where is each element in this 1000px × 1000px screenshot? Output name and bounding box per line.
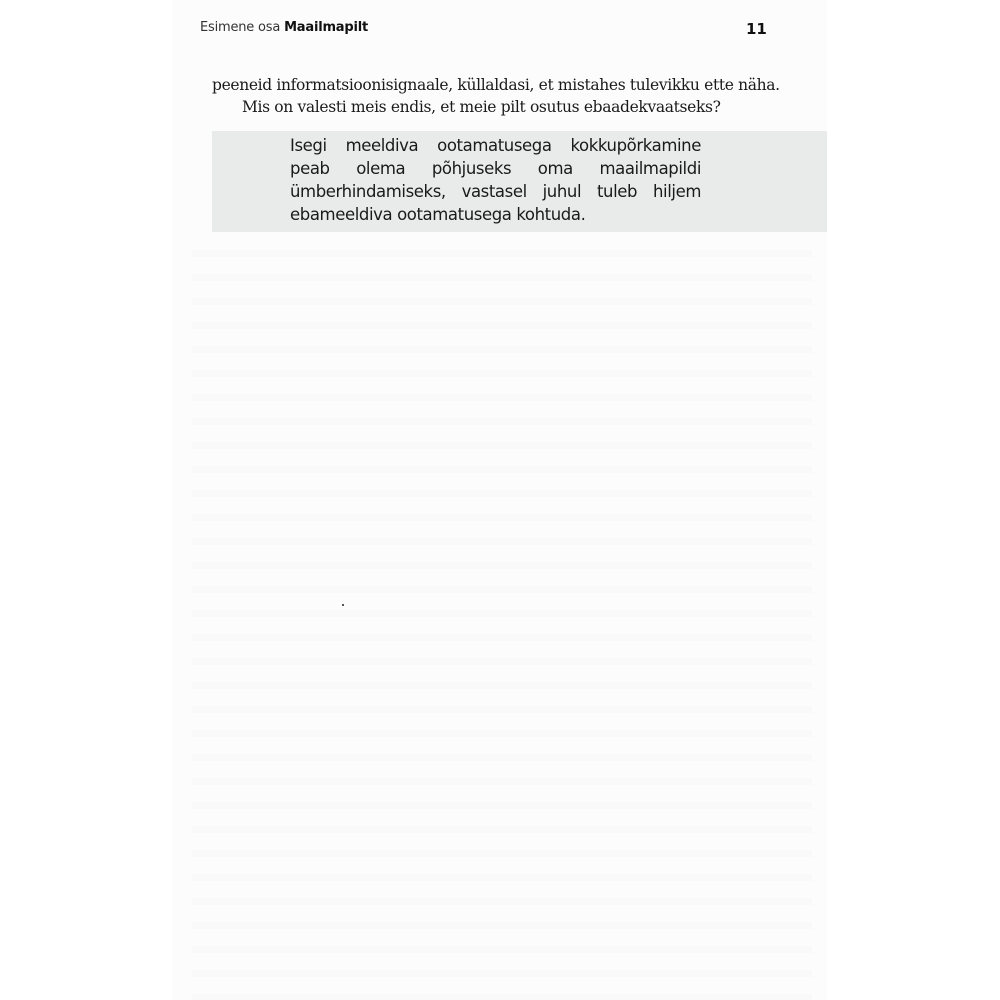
bleed-through-texture	[192, 240, 812, 1000]
paragraph-continuation: peeneid informatsioonisignaale, küllalda…	[212, 74, 752, 96]
page-number: 11	[746, 20, 767, 38]
part-label: Esimene osa	[200, 20, 280, 35]
section-title: Maailmapilt	[284, 20, 368, 35]
callout-text: Isegi meeldiva ootamatusega kokkupõrkami…	[290, 134, 701, 226]
callout-box: Isegi meeldiva ootamatusega kokkupõrkami…	[212, 131, 827, 232]
paragraph-question: Mis on valesti meis endis, et meie pilt …	[212, 96, 752, 118]
running-header: Esimene osa Maailmapilt	[200, 20, 368, 35]
body-text: peeneid informatsioonisignaale, küllalda…	[212, 74, 752, 118]
scan-speck	[342, 604, 344, 606]
